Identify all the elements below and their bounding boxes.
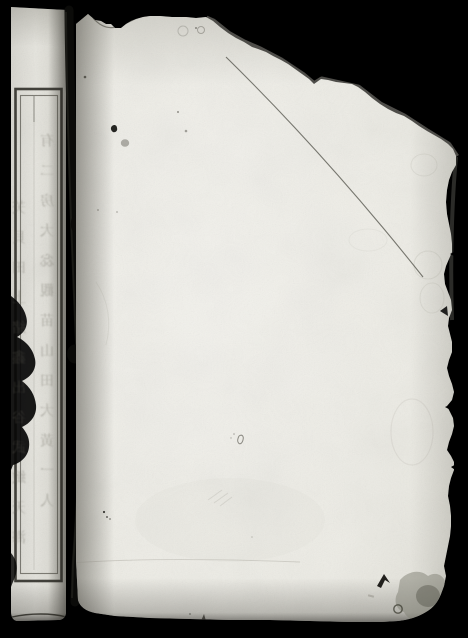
water-stain-soft [135, 478, 325, 562]
scan-canvas [0, 0, 468, 638]
left-page-bottom-shade [11, 585, 66, 622]
book-scan: 芖貝田上緒鑫出谷武緻天海 有二房大惢觀苗山田大黃一人 [0, 0, 468, 638]
